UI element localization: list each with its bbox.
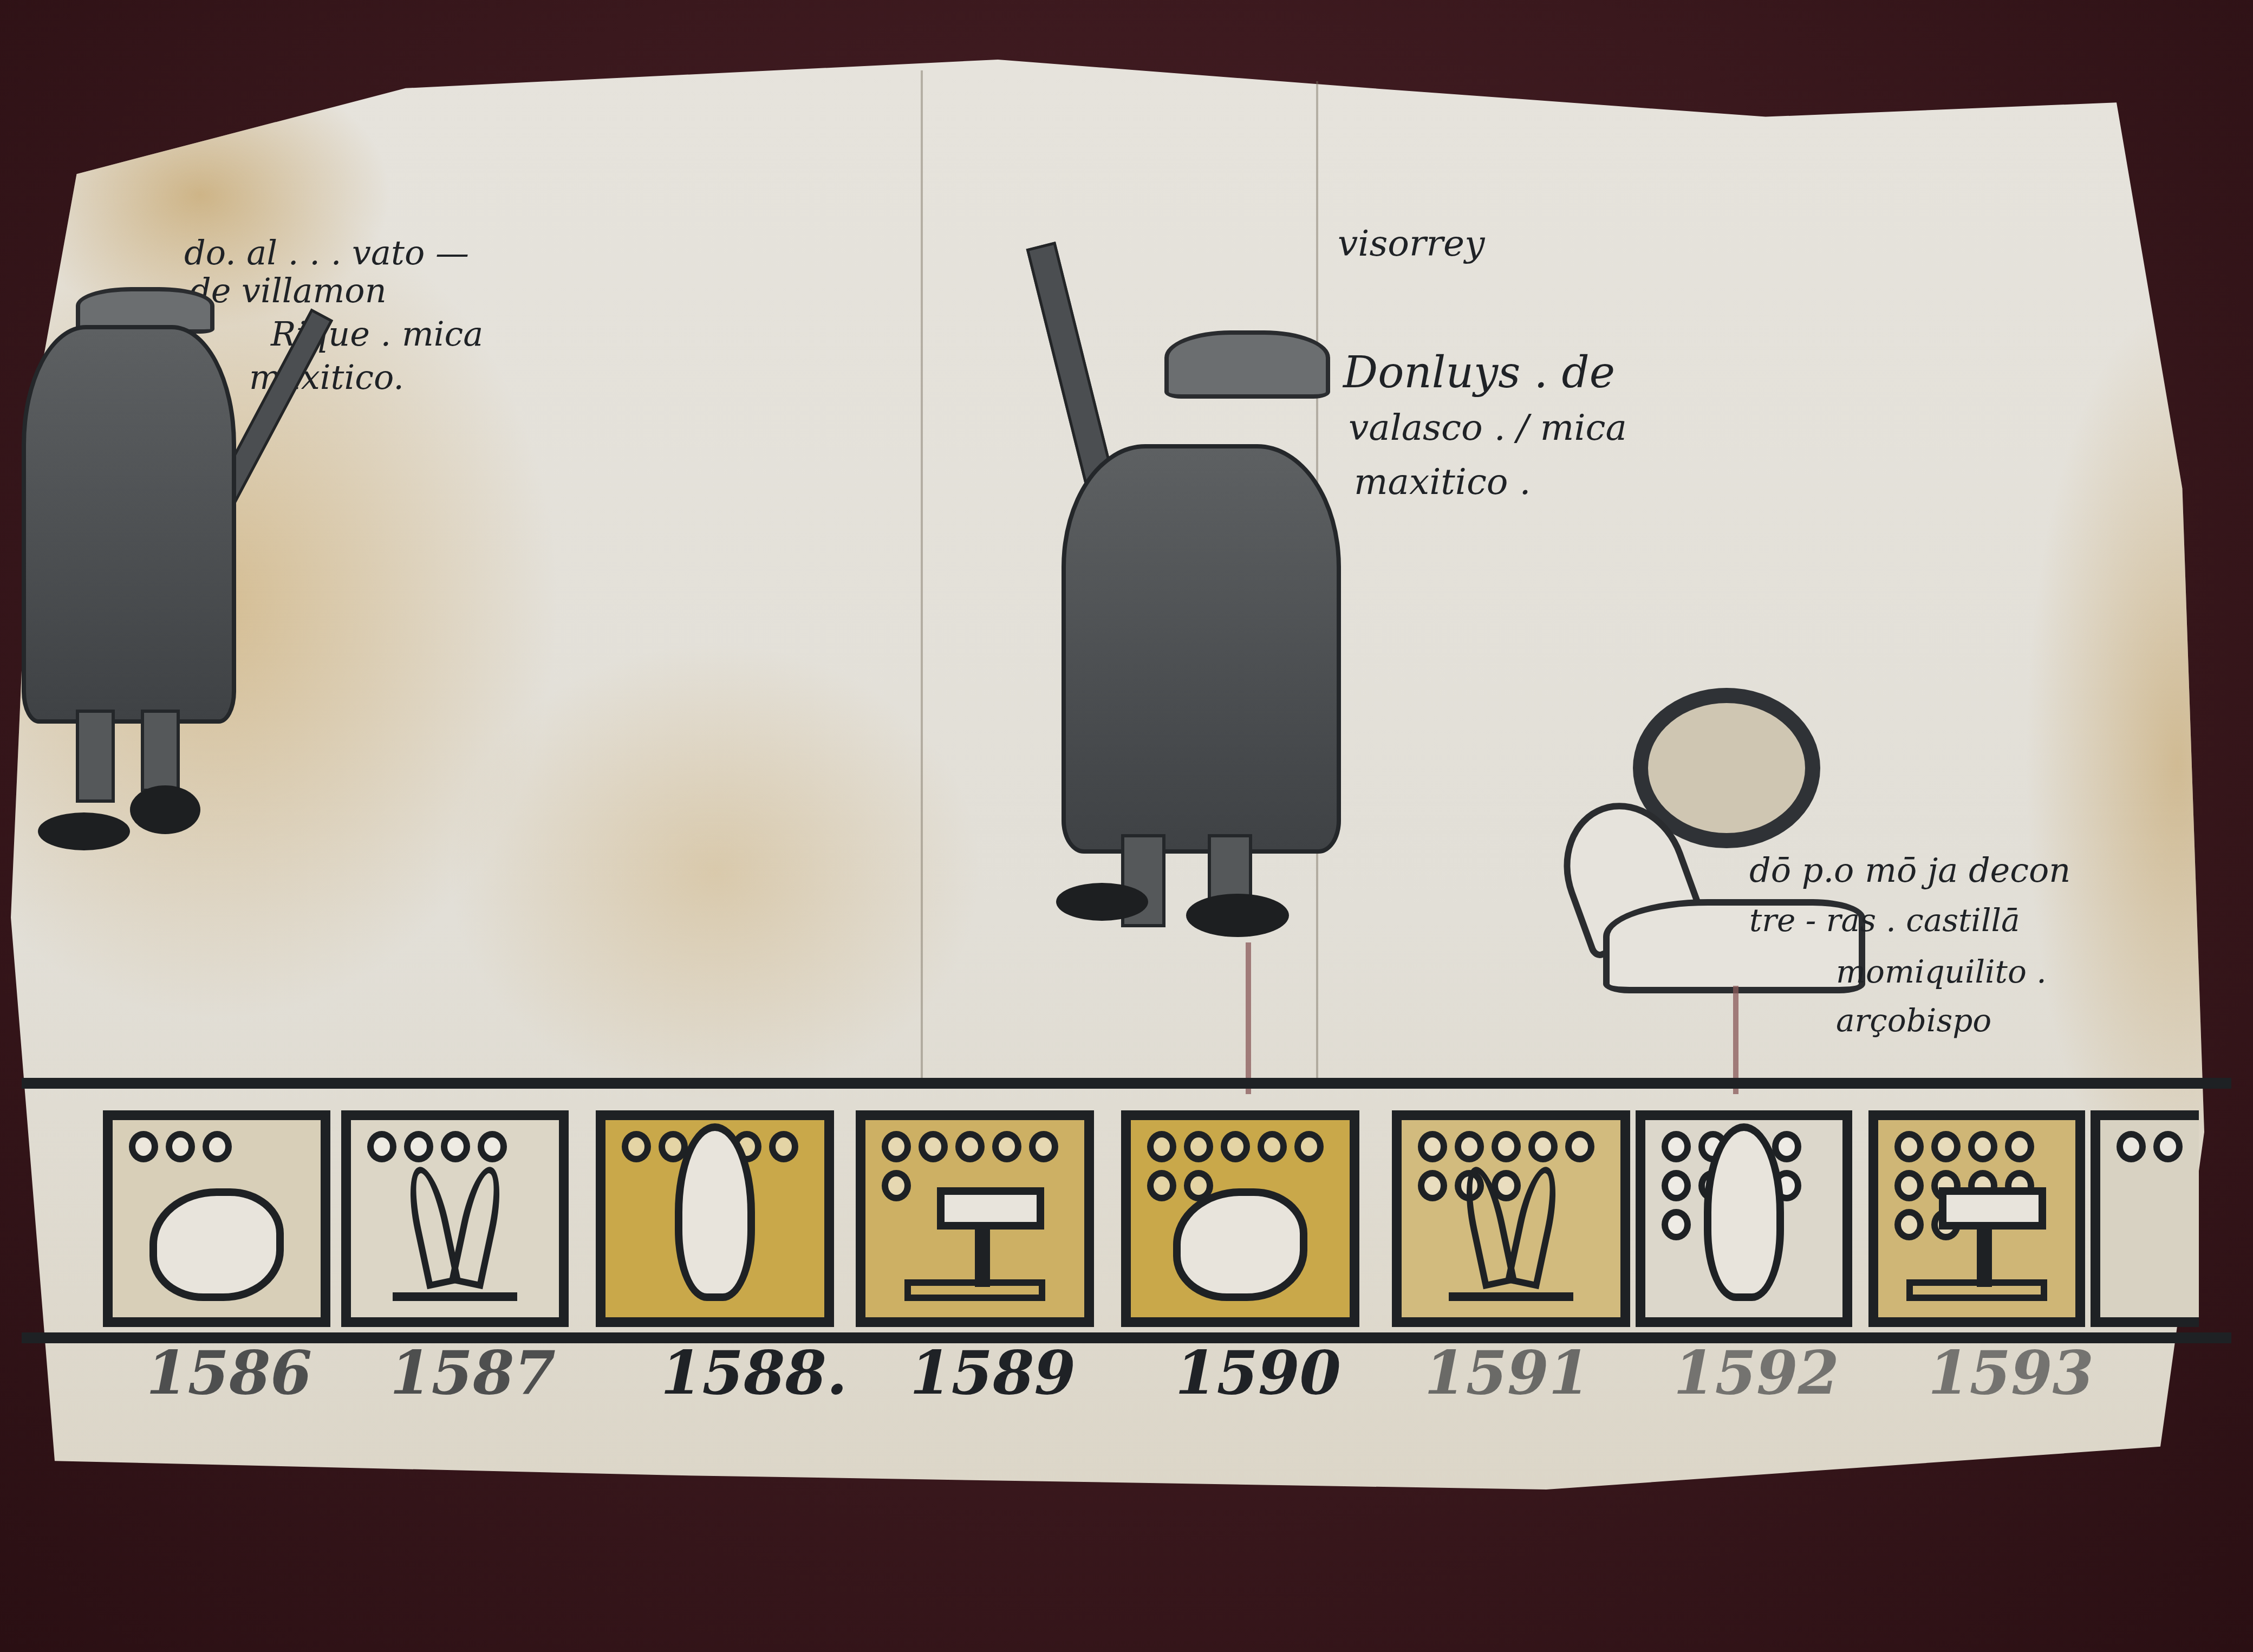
annotation-line: Donluys . de bbox=[1343, 347, 1615, 399]
house-glyph-icon bbox=[1906, 1171, 2047, 1301]
hat bbox=[1164, 330, 1330, 399]
band-top-line bbox=[22, 1078, 2231, 1089]
year-glyph-cell bbox=[341, 1110, 569, 1327]
annotation-line: dō p.o mō ja decon bbox=[1749, 850, 2070, 890]
band-bottom-line bbox=[22, 1332, 2231, 1343]
year-label: 1593 bbox=[1928, 1338, 2094, 1408]
numeral-dots bbox=[129, 1131, 304, 1162]
flint-glyph-icon bbox=[675, 1123, 755, 1301]
year-glyph-cell bbox=[1392, 1110, 1630, 1327]
reed-glyph-icon bbox=[1449, 1152, 1573, 1301]
rabbit-glyph-icon bbox=[149, 1188, 284, 1301]
numeral-dots bbox=[2117, 1131, 2183, 1162]
year-label: 1591 bbox=[1424, 1338, 1590, 1408]
reed-glyph-icon bbox=[393, 1152, 517, 1301]
shoe bbox=[1186, 894, 1289, 937]
leg bbox=[76, 710, 115, 803]
cloak bbox=[1062, 444, 1341, 854]
year-glyph-cell bbox=[1121, 1110, 1359, 1327]
year-label: 1587 bbox=[390, 1338, 556, 1408]
rabbit-glyph-icon bbox=[1173, 1188, 1307, 1301]
connector-line bbox=[1246, 942, 1251, 1094]
year-glyph-cell bbox=[596, 1110, 834, 1327]
house-glyph-icon bbox=[904, 1171, 1045, 1301]
year-glyph-cell bbox=[1868, 1110, 2085, 1327]
year-label: 1586 bbox=[146, 1338, 312, 1408]
year-glyph-cell bbox=[856, 1110, 1094, 1327]
year-label: 1590 bbox=[1175, 1338, 1341, 1408]
year-label: 1589 bbox=[910, 1338, 1076, 1408]
annotation-line: maxitico . bbox=[1354, 460, 1531, 503]
leg bbox=[141, 710, 180, 792]
shoe bbox=[130, 785, 200, 834]
annotation-line: valasco . / mica bbox=[1349, 406, 1627, 449]
shoe bbox=[38, 812, 130, 850]
annotation-line: de villamon bbox=[190, 271, 387, 311]
year-glyph-cell bbox=[103, 1110, 330, 1327]
annotation-header: visorrey bbox=[1338, 222, 1484, 265]
vertical-crease bbox=[921, 70, 923, 1083]
annotation-line: arçobispo bbox=[1836, 1002, 1991, 1040]
year-count-band: 1586 1587 1588. 1589 1590 1591 1592 1593 bbox=[0, 1078, 2253, 1381]
year-label: 1588. bbox=[661, 1338, 847, 1408]
annotation-line: momiquilito . bbox=[1836, 953, 2047, 991]
year-glyph-cell bbox=[1636, 1110, 1852, 1327]
shoe bbox=[1056, 883, 1148, 921]
flint-glyph-icon bbox=[1704, 1123, 1784, 1301]
cloak bbox=[22, 325, 236, 724]
year-label: 1592 bbox=[1674, 1338, 1839, 1408]
year-glyph-cell bbox=[2091, 1110, 2199, 1327]
annotation-line: tre - ras . castillā bbox=[1749, 902, 2020, 940]
annotation-line: do. al . . . vato — bbox=[184, 233, 469, 273]
